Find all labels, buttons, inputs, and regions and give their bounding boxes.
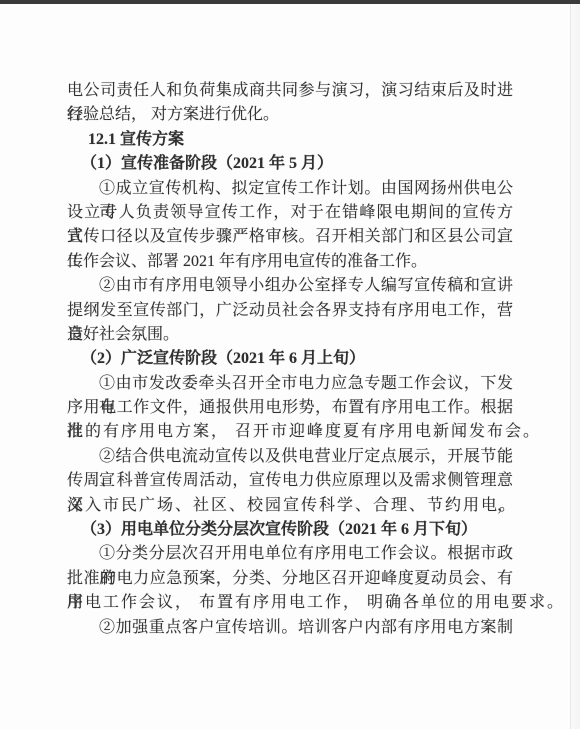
text-line: 深入市民广场、社区、校园宣传科学、合理、节约用电。 xyxy=(67,494,513,518)
text-line: 序用电工作文件，通报供用电形势，布置有序用电工作。根据批 xyxy=(67,396,513,420)
text-line: 宣传口径以及宣传步骤严格审核。召开相关部门和区县公司宣传 xyxy=(67,225,513,249)
text-line: ①成立宣传机构、拟定宣传工作计划。由国网扬州供电公司 xyxy=(67,177,513,201)
text-line: ②由市有序用电领导小组办公室择专人编写宣传稿和宣讲 xyxy=(67,274,513,298)
text-line: 批准的电力应急预案，分类、分地区召开迎峰度夏动员会、有序 xyxy=(67,567,513,591)
text-line: 良好社会氛围。 xyxy=(67,323,513,347)
document-page: 电公司责任人和负荷集成商共同参与演习，演习结束后及时进行经验总结， 对方案进行优… xyxy=(0,0,580,729)
text-line: 电公司责任人和负荷集成商共同参与演习，演习结束后及时进行 xyxy=(67,79,513,103)
heading-line: （1）宣传准备阶段（2021 年 5 月） xyxy=(67,152,513,176)
document-content: 电公司责任人和负荷集成商共同参与演习，演习结束后及时进行经验总结， 对方案进行优… xyxy=(67,79,513,640)
heading-line: （2）广泛宣传阶段（2021 年 6 月上旬） xyxy=(67,347,513,371)
text-line: 用电工作会议， 布置有序用电工作， 明确各单位的用电要求。 xyxy=(67,591,513,615)
text-line: 传周、科普宣传周活动，宣传电力供应原理以及需求侧管理意义， xyxy=(67,469,513,493)
text-line: ②结合供电流动宣传以及供电营业厅定点展示，开展节能宣 xyxy=(67,445,513,469)
heading-line: 12.1 宣传方案 xyxy=(67,128,513,152)
text-line: 经验总结， 对方案进行优化。 xyxy=(67,103,513,127)
text-line: 工作会议、部署 2021 年有序用电宣传的准备工作。 xyxy=(67,250,513,274)
heading-line: （3）用电单位分类分层次宣传阶段（2021 年 6 月下旬） xyxy=(67,518,513,542)
text-line: 设立专人负责领导宣传工作，对于在错峰限电期间的宣传方式、 xyxy=(67,201,513,225)
text-line: ①分类分层次召开用电单位有序用电工作会议。根据市政府 xyxy=(67,542,513,566)
page-right-edge-shadow xyxy=(570,4,580,729)
text-line: 提纲发至宣传部门，广泛动员社会各界支持有序用电工作，营造 xyxy=(67,299,513,323)
text-line: ②加强重点客户宣传培训。培训客户内部有序用电方案制 xyxy=(67,616,513,640)
text-line: ①由市发改委牵头召开全市电力应急专题工作会议，下发有 xyxy=(67,372,513,396)
text-line: 准的有序用电方案， 召开市迎峰度夏有序用电新闻发布会。 xyxy=(67,420,513,444)
top-edge-bar xyxy=(0,0,580,4)
